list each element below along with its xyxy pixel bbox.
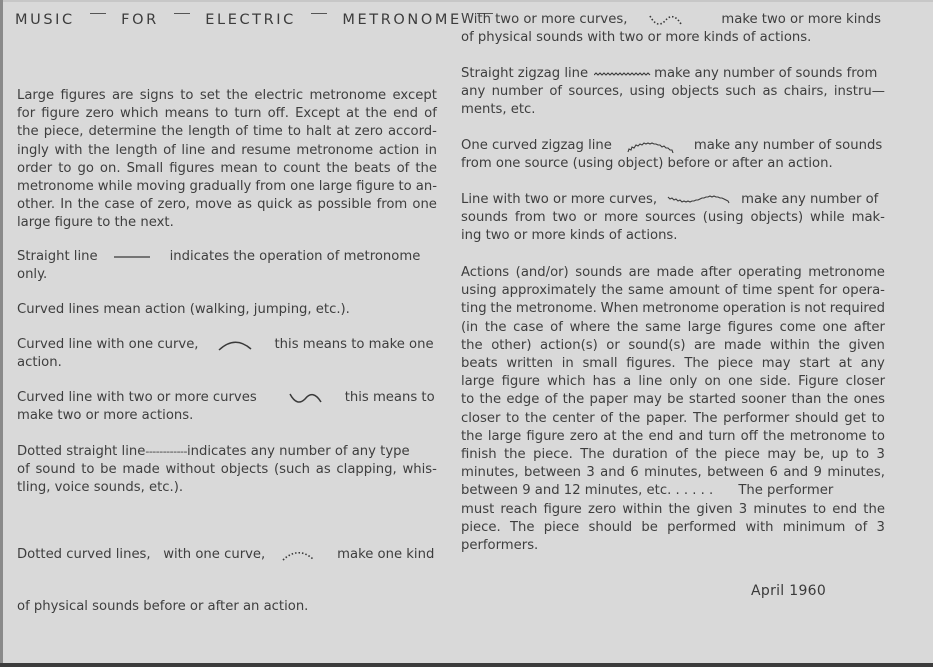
title-word: METRONOME [342, 12, 461, 28]
text-fragment: make any number of [741, 191, 878, 209]
text-line: metronomewhilemovinggraduallyfromonelarg… [17, 178, 437, 196]
text-line: theother)action(s)orsound(s)aremadewithi… [461, 337, 885, 355]
text-line: ofsoundtobemadewithoutobjects(suchasclap… [17, 461, 437, 479]
curved-zigzag-paragraph: One curved zigzag line make any number o… [461, 137, 885, 173]
title-dash [174, 13, 190, 14]
text-line: other.Inthecaseofzero,moveasquickaspossi… [17, 196, 437, 214]
score-page: MUSIC FOR ELECTRIC METRONOME Largefigure… [0, 0, 933, 663]
text-line: usingapproximatelythesameamountoftimespe… [461, 282, 885, 300]
text-line: anynumberofsources,usingobjectssuchascha… [461, 83, 885, 101]
page-left-edge [0, 0, 3, 663]
text-line: large figure to the next. [17, 214, 437, 232]
text-line: closertothecenterofthepaper.Theperformer… [461, 410, 885, 428]
text-line: largefigurewhichhasalineonlyononeside.Fi… [461, 373, 885, 391]
dotted-straight-paragraph: Dotted straight line ------------ indica… [17, 443, 437, 498]
text-fragment: Curved line with one curve, [17, 336, 199, 354]
text-fragment: indicates the operation of metronome [170, 248, 421, 266]
text-line: action. [17, 354, 437, 372]
dotted-two-curves-paragraph: With two or more curves, make two or mor… [461, 11, 885, 47]
text-fragment: make any number of sounds from [654, 65, 877, 83]
curved-lines-paragraph: Curved lines mean action (walking, jumpi… [17, 301, 437, 319]
text-line: from one source (using object) before or… [461, 155, 885, 173]
straight-zigzag-paragraph: Straight zigzag line make any number of … [461, 65, 885, 120]
zigzag-wave-icon [667, 194, 733, 206]
title-word: MUSIC [15, 12, 75, 28]
text-line: tling, voice sounds, etc.). [17, 479, 437, 497]
text-fragment: One curved zigzag line [461, 137, 612, 155]
text-line: totheedgeofthepapermaybestartedsoonertha… [461, 391, 885, 409]
straight-line-paragraph: Straight line indicates the operation of… [17, 248, 437, 284]
text-fragment: make two or more kinds [721, 11, 881, 29]
text-line: of physical sounds with two or more kind… [461, 29, 885, 47]
title-dash [311, 13, 327, 14]
two-curves-paragraph: Curved line with two or more curves this… [17, 389, 437, 425]
text-fragment: this means to [345, 389, 435, 407]
text-line: ing two or more kinds of actions. [461, 227, 885, 245]
text-line: piece.Thepieceshouldbeperformedwithminim… [461, 519, 885, 537]
text-line: Actions(and/or)soundsaremadeafteroperati… [461, 264, 885, 282]
text-line: only. [17, 266, 437, 284]
text-line: tingthemetronome.Whenmetronomeoperationi… [461, 300, 885, 318]
dotted-line-icon: ------------ [145, 443, 187, 461]
straight-line-symbol-icon [114, 252, 150, 262]
s-curve-icon [289, 391, 323, 405]
dotted-arc-icon [281, 513, 323, 598]
text-line: soundsfromtwoormoresources(usingobjects)… [461, 209, 885, 227]
dotted-s-curve-icon [649, 13, 683, 27]
intro-paragraph: Largefiguresaresignstosettheelectricmetr… [17, 87, 437, 233]
text-line: finishthepiece.Thedurationofthepiecemayb… [461, 446, 885, 464]
date-signature: April 1960 [751, 583, 826, 599]
text-fragment: this means to make one [275, 336, 434, 354]
text-line: ordertogoon.Smallfiguresmeantocountthebe… [17, 160, 437, 178]
text-line: of physical sounds before or after an ac… [17, 598, 437, 616]
document-title: MUSIC FOR ELECTRIC METRONOME [15, 12, 499, 28]
text-line: thepiece,determinethelengthoftimetohalta… [17, 123, 437, 141]
page-bottom-edge [0, 663, 933, 667]
text-line: beatswritteninsmallfigures.Thepiecemayst… [461, 355, 885, 373]
text-line: mustreachfigurezerowithinthegiven3minute… [461, 501, 885, 519]
text-fragment: indicates any number of any type [187, 443, 410, 461]
actions-paragraph: Actions(and/or)soundsaremadeafteroperati… [461, 264, 885, 555]
text-line: between 9 and 12 minutes, etc. . . . . .… [461, 482, 885, 500]
text-line: make two or more actions. [17, 407, 437, 425]
text-line: Curved lines mean action (walking, jumpi… [17, 301, 437, 319]
text-fragment: make one kind [337, 546, 434, 564]
page-top-edge [0, 0, 933, 2]
text-line: thelargefigurezeroattheendandturnoffthem… [461, 428, 885, 446]
text-line: forfigurezerowhichmeanstoturnoff.Excepta… [17, 105, 437, 123]
text-line: minutes,between3and6minutes,between6and9… [461, 464, 885, 482]
single-arc-icon [217, 339, 253, 351]
text-line: Largefiguresaresignstosettheelectricmetr… [17, 87, 437, 105]
text-fragment: Curved line with two or more curves [17, 389, 257, 407]
text-fragment: Straight zigzag line [461, 65, 588, 83]
text-line: (inthecaseofwherethesamelargefigurescome… [461, 319, 885, 337]
text-fragment: With two or more curves, [461, 11, 627, 29]
title-word: ELECTRIC [205, 12, 296, 28]
zigzag-arc-icon [626, 139, 676, 153]
zigzag-line-icon [594, 70, 652, 78]
title-word: FOR [121, 12, 159, 28]
dotted-curved-paragraph: Dotted curved lines, with one curve, mak… [17, 513, 437, 616]
text-fragment: Dotted curved lines, with one curve, [17, 546, 265, 564]
text-line: inglywiththelengthoflineandresumemetrono… [17, 142, 437, 160]
text-line: ments, etc. [461, 101, 885, 119]
text-line: performers. [461, 537, 885, 555]
text-fragment: make any number of sounds [694, 137, 882, 155]
text-fragment: Line with two or more curves, [461, 191, 657, 209]
title-dash [90, 13, 106, 14]
text-fragment: Straight line [17, 248, 98, 266]
one-curve-paragraph: Curved line with one curve, this means t… [17, 336, 437, 372]
multi-curve-zigzag-paragraph: Line with two or more curves, make any n… [461, 191, 885, 246]
text-fragment: Dotted straight line [17, 443, 145, 461]
